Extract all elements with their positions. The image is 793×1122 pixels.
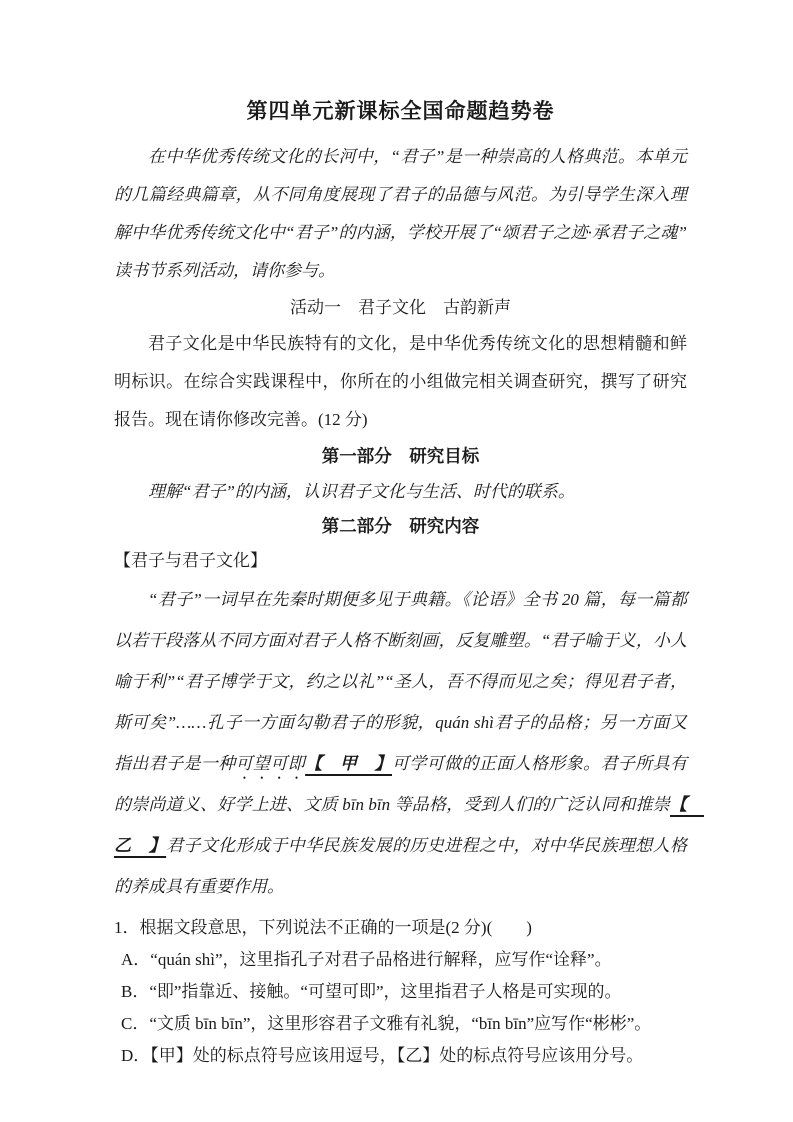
activity-one-heading: 活动一 君子文化 古韵新声: [114, 290, 687, 325]
question-1-stem: 1．根据文段意思，下列说法不正确的一项是(2 分)( ): [114, 912, 687, 944]
part-two-heading: 第二部分 研究内容: [114, 509, 687, 544]
part-one-body: 理解“君子”的内涵，认识君子文化与生活、时代的联系。: [114, 474, 687, 509]
part-one-heading: 第一部分 研究目标: [114, 439, 687, 474]
exam-paper-page: 第四单元新课标全国命题趋势卷 在中华优秀传统文化的长河中，“君子”是一种崇高的人…: [0, 0, 793, 1122]
page-title: 第四单元新课标全国命题趋势卷: [114, 96, 687, 126]
activity-one-intro-paragraph: 君子文化是中华民族特有的文化，是中华优秀传统文化的思想精髓和鲜明标识。在综合实践…: [114, 325, 687, 439]
question-1-option-b: B．“即”指靠近、接触。“可望可即”，这里指君子人格是可实现的。: [114, 976, 687, 1008]
question-1-option-d: D．【甲】处的标点符号应该用逗号，【乙】处的标点符号应该用分号。: [114, 1040, 687, 1072]
question-1-option-a: A．“quán shì”，这里指孔子对君子品格进行解释，应写作“诠释”。: [114, 944, 687, 976]
emphasized-phrase: 可望可即: [236, 754, 306, 773]
question-1-option-c: C．“文质 bīn bīn”，这里形容君子文雅有礼貌，“bīn bīn”应写作“…: [114, 1008, 687, 1040]
intro-paragraph: 在中华优秀传统文化的长河中，“君子”是一种崇高的人格典范。本单元的几篇经典篇章，…: [114, 138, 687, 290]
blank-placeholder-jia: 【 甲 】: [305, 754, 392, 773]
section-label-junzi-culture: 【君子与君子文化】: [114, 544, 687, 577]
research-paragraph: “君子”一词早在先秦时期便多见于典籍。《论语》全书 20 篇，每一篇都以若干段落…: [114, 579, 687, 907]
research-text-segment-1: “君子”一词早在先秦时期便多见于典籍。《论语》全书 20 篇，每一篇都以若干段落…: [114, 590, 687, 773]
research-text-segment-3: 君子文化形成于中华民族发展的历史进程之中，对中华民族理想人格的养成具有重要作用。: [114, 836, 687, 896]
